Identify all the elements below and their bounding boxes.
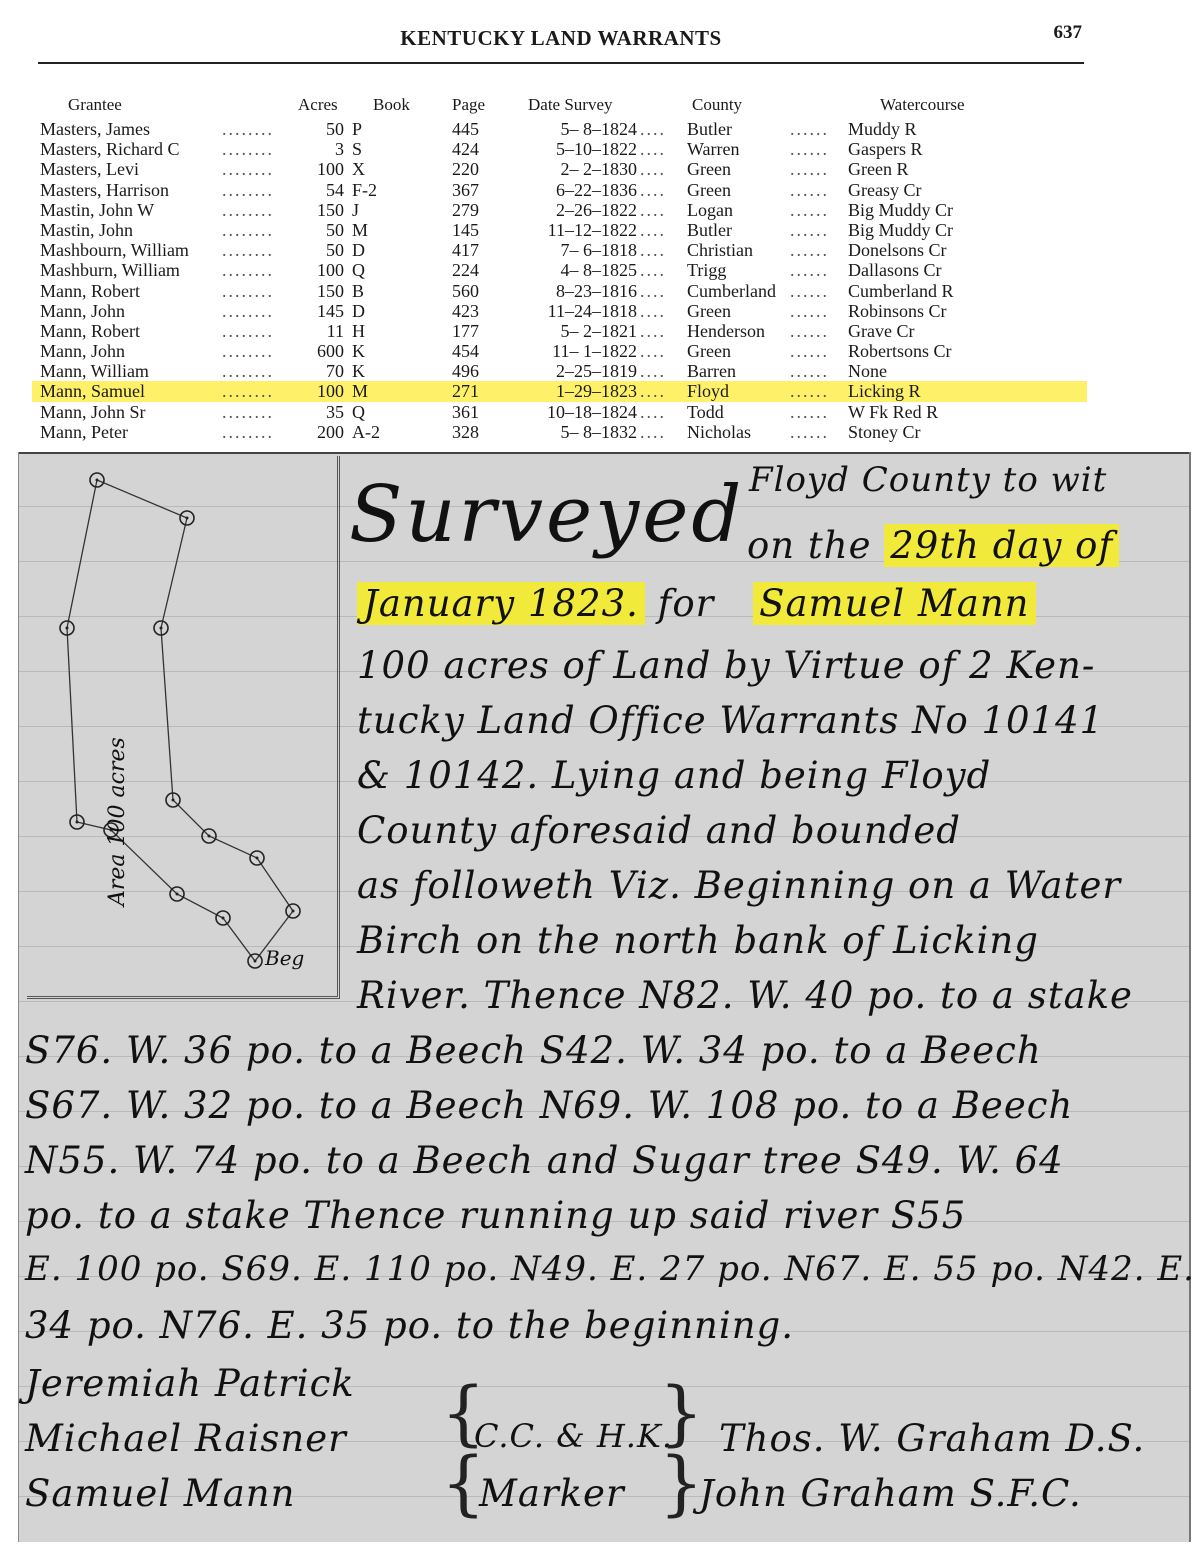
- leader-dots: ....: [640, 301, 666, 321]
- book-cell: S: [352, 139, 362, 159]
- county-cell: Green: [687, 180, 731, 200]
- leader-dots: ......: [790, 361, 829, 381]
- table-row: Mashburn, William100Q2244– 8–1825TriggDa…: [0, 260, 1200, 280]
- county-cell: Floyd: [687, 381, 729, 401]
- leader-dots: ......: [790, 260, 829, 280]
- county-surveyor-signature: John Graham S.F.C.: [699, 1472, 1082, 1515]
- book-cell: D: [352, 301, 365, 321]
- watercourse-cell: Grave Cr: [848, 321, 914, 341]
- book-cell: M: [352, 381, 368, 401]
- book-cell: H: [352, 321, 365, 341]
- date-survey-cell: 11– 1–1822: [505, 341, 637, 361]
- table-row: Mann, William70K4962–25–1819BarrenNone..…: [0, 361, 1200, 381]
- survey-text-line: N55. W. 74 po. to a Beech and Sugar tree…: [25, 1139, 1064, 1182]
- column-header-book: Book: [373, 95, 410, 115]
- date-survey-cell: 2–26–1822: [505, 200, 637, 220]
- leader-dots: ........: [222, 402, 274, 422]
- leader-dots: ........: [222, 321, 274, 341]
- leader-dots: ........: [222, 260, 274, 280]
- leader-dots: ........: [222, 240, 274, 260]
- table-row-highlighted: Mann, Samuel100M2711–29–1823FloydLicking…: [32, 381, 1087, 401]
- leader-dots: ....: [640, 220, 666, 240]
- acres-cell: 35: [280, 402, 344, 422]
- county-cell: Barren: [687, 361, 736, 381]
- leader-dots: ........: [222, 159, 274, 179]
- survey-text-line: as followeth Viz. Beginning on a Water: [357, 864, 1121, 907]
- acres-cell: 54: [280, 180, 344, 200]
- leader-dots: ........: [222, 361, 274, 381]
- survey-text-line: 34 po. N76. E. 35 po. to the beginning.: [25, 1304, 794, 1347]
- survey-text-line: S67. W. 32 po. to a Beech N69. W. 108 po…: [25, 1084, 1073, 1127]
- survey-text-line: 100 acres of Land by Virtue of 2 Ken-: [357, 644, 1095, 687]
- page-cell: 177: [452, 321, 479, 341]
- leader-dots: ....: [640, 321, 666, 341]
- grantee-cell: Mann, Samuel: [40, 381, 145, 401]
- book-cell: Q: [352, 260, 365, 280]
- page-cell: 445: [452, 119, 479, 139]
- for-text: for: [658, 582, 715, 625]
- grantee-cell: Mann, William: [40, 361, 149, 381]
- chain-carrier-name: Michael Raisner: [25, 1417, 347, 1460]
- watercourse-cell: Muddy R: [848, 119, 917, 139]
- leader-dots: ......: [790, 240, 829, 260]
- acres-cell: 200: [280, 422, 344, 442]
- book-cell: M: [352, 220, 368, 240]
- grantee-cell: Masters, Levi: [40, 159, 139, 179]
- deputy-surveyor-signature: Thos. W. Graham D.S.: [719, 1417, 1145, 1460]
- book-cell: D: [352, 240, 365, 260]
- leader-dots: ........: [222, 180, 274, 200]
- table-row: Mastin, John W150J2792–26–1822LoganBig M…: [0, 200, 1200, 220]
- leader-dots: ........: [222, 281, 274, 301]
- handwritten-survey-record: Area 100 acres Beg Surveyed Floyd County…: [18, 452, 1191, 1542]
- page-cell: 328: [452, 422, 479, 442]
- county-cell: Todd: [687, 402, 724, 422]
- marker-name: Samuel Mann: [25, 1472, 295, 1515]
- chain-carrier-name: Jeremiah Patrick: [25, 1362, 355, 1405]
- leader-dots: ....: [640, 361, 666, 381]
- acres-cell: 100: [280, 260, 344, 280]
- table-row: Masters, Richard C3S4245–10–1822WarrenGa…: [0, 139, 1200, 159]
- page-cell: 423: [452, 301, 479, 321]
- date-survey-cell: 1–29–1823: [505, 381, 637, 401]
- leader-dots: ......: [790, 301, 829, 321]
- county-line: Floyd County to wit: [749, 460, 1107, 500]
- leader-dots: ........: [222, 301, 274, 321]
- leader-dots: ........: [222, 422, 274, 442]
- leader-dots: ......: [790, 341, 829, 361]
- grantee-cell: Mashbourn, William: [40, 240, 189, 260]
- watercourse-cell: Robertsons Cr: [848, 341, 952, 361]
- acres-cell: 11: [280, 321, 344, 341]
- table-row: Mann, Robert11H1775– 2–1821HendersonGrav…: [0, 321, 1200, 341]
- leader-dots: ........: [222, 220, 274, 240]
- table-row: Mann, John Sr35Q36110–18–1824ToddW Fk Re…: [0, 402, 1200, 422]
- leader-dots: ....: [640, 200, 666, 220]
- date-survey-cell: 11–24–1818: [505, 301, 637, 321]
- date-survey-cell: 4– 8–1825: [505, 260, 637, 280]
- leader-dots: ........: [222, 119, 274, 139]
- grantee-cell: Mastin, John: [40, 220, 133, 240]
- leader-dots: ......: [790, 139, 829, 159]
- acres-cell: 50: [280, 240, 344, 260]
- leader-dots: ......: [790, 381, 829, 401]
- table-row: Mann, Robert150B5608–23–1816CumberlandCu…: [0, 281, 1200, 301]
- watercourse-cell: Dallasons Cr: [848, 260, 942, 280]
- date-survey-cell: 5–10–1822: [505, 139, 637, 159]
- column-header-county: County: [692, 95, 742, 115]
- book-cell: A-2: [352, 422, 380, 442]
- date-survey-cell: 8–23–1816: [505, 281, 637, 301]
- right-brace: }: [659, 1442, 704, 1524]
- survey-plat: Area 100 acres Beg: [27, 456, 340, 999]
- leader-dots: ......: [790, 159, 829, 179]
- page-cell: 224: [452, 260, 479, 280]
- date-survey-cell: 5– 2–1821: [505, 321, 637, 341]
- county-cell: Nicholas: [687, 422, 751, 442]
- column-header-page: Page: [452, 95, 485, 115]
- page-cell: 220: [452, 159, 479, 179]
- page-cell: 271: [452, 381, 479, 401]
- acres-cell: 600: [280, 341, 344, 361]
- watercourse-cell: Stoney Cr: [848, 422, 921, 442]
- surveyed-heading: Surveyed: [349, 470, 744, 560]
- acres-cell: 50: [280, 220, 344, 240]
- survey-text-line: River. Thence N82. W. 40 po. to a stake: [357, 974, 1133, 1017]
- leader-dots: ......: [790, 220, 829, 240]
- acres-cell: 70: [280, 361, 344, 381]
- table-row: Mashbourn, William50D4177– 6–1818Christi…: [0, 240, 1200, 260]
- leader-dots: ......: [790, 200, 829, 220]
- grantee-cell: Mann, John: [40, 301, 125, 321]
- leader-dots: ....: [640, 381, 666, 401]
- county-cell: Butler: [687, 119, 732, 139]
- page-cell: 145: [452, 220, 479, 240]
- leader-dots: ......: [790, 422, 829, 442]
- grantee-cell: Mann, Robert: [40, 321, 140, 341]
- leader-dots: ....: [640, 240, 666, 260]
- acres-cell: 50: [280, 119, 344, 139]
- book-cell: F-2: [352, 180, 377, 200]
- warrant-table: Masters, James50P4455– 8–1824ButlerMuddy…: [0, 119, 1200, 442]
- grantee-cell: Mastin, John W: [40, 200, 154, 220]
- leader-dots: ......: [790, 281, 829, 301]
- watercourse-cell: Greasy Cr: [848, 180, 921, 200]
- watercourse-cell: Big Muddy Cr: [848, 220, 953, 240]
- book-cell: J: [352, 200, 359, 220]
- leader-dots: ....: [640, 422, 666, 442]
- grantee-cell: Masters, Richard C: [40, 139, 179, 159]
- acres-cell: 100: [280, 381, 344, 401]
- book-cell: Q: [352, 402, 365, 422]
- leader-dots: ....: [640, 139, 666, 159]
- county-cell: Henderson: [687, 321, 765, 341]
- grantee-cell: Mann, John: [40, 341, 125, 361]
- book-cell: P: [352, 119, 362, 139]
- grantee-cell: Mann, Robert: [40, 281, 140, 301]
- date-survey-cell: 6–22–1836: [505, 180, 637, 200]
- table-row: Masters, James50P4455– 8–1824ButlerMuddy…: [0, 119, 1200, 139]
- leader-dots: ....: [640, 180, 666, 200]
- county-cell: Cumberland: [687, 281, 776, 301]
- page-cell: 454: [452, 341, 479, 361]
- grantee-cell: Mashburn, William: [40, 260, 180, 280]
- county-cell: Logan: [687, 200, 733, 220]
- table-row: Mann, John600K45411– 1–1822GreenRobertso…: [0, 341, 1200, 361]
- watercourse-cell: Cumberland R: [848, 281, 954, 301]
- table-row: Mann, John145D42311–24–1818GreenRobinson…: [0, 301, 1200, 321]
- leader-dots: ......: [790, 402, 829, 422]
- survey-month-year-highlight: January 1823.: [357, 582, 645, 625]
- plat-area-label: Area 100 acres: [105, 737, 130, 906]
- column-header-date-survey: Date Survey: [528, 95, 613, 115]
- grantee-cell: Mann, Peter: [40, 422, 128, 442]
- page-cell: 496: [452, 361, 479, 381]
- date-survey-cell: 2–25–1819: [505, 361, 637, 381]
- plat-beginning-label: Beg: [265, 946, 304, 970]
- leader-dots: ....: [640, 260, 666, 280]
- leader-dots: ....: [640, 119, 666, 139]
- column-header-watercourse: Watercourse: [880, 95, 965, 115]
- table-row: Masters, Harrison54F-23676–22–1836GreenG…: [0, 180, 1200, 200]
- leader-dots: ........: [222, 381, 274, 401]
- watercourse-cell: W Fk Red R: [848, 402, 938, 422]
- acres-cell: 100: [280, 159, 344, 179]
- county-cell: Butler: [687, 220, 732, 240]
- leader-dots: ......: [790, 119, 829, 139]
- watercourse-cell: Gaspers R: [848, 139, 923, 159]
- leader-dots: ....: [640, 341, 666, 361]
- county-cell: Green: [687, 159, 731, 179]
- page-cell: 279: [452, 200, 479, 220]
- acres-cell: 150: [280, 200, 344, 220]
- survey-text-line: tucky Land Office Warrants No 10141: [357, 699, 1104, 742]
- county-cell: Green: [687, 301, 731, 321]
- survey-day-highlight: 29th day of: [884, 524, 1119, 567]
- grantee-cell: Masters, James: [40, 119, 150, 139]
- survey-text-line: & 10142. Lying and being Floyd: [357, 754, 991, 797]
- leader-dots: ....: [640, 281, 666, 301]
- grantee-cell: Mann, John Sr: [40, 402, 146, 422]
- page-cell: 424: [452, 139, 479, 159]
- table-row: Masters, Levi100X2202– 2–1830GreenGreen …: [0, 159, 1200, 179]
- table-row: Mastin, John50M14511–12–1822ButlerBig Mu…: [0, 220, 1200, 240]
- grantee-name-highlight: Samuel Mann: [753, 582, 1035, 625]
- survey-text-line: po. to a stake Thence running up said ri…: [25, 1194, 966, 1237]
- leader-dots: ......: [790, 180, 829, 200]
- book-cell: K: [352, 341, 365, 361]
- table-row: Mann, Peter200A-23285– 8–1832NicholasSto…: [0, 422, 1200, 442]
- leader-dots: ........: [222, 200, 274, 220]
- survey-text-line: County aforesaid and bounded: [357, 809, 961, 852]
- chain-carriers-role: C.C. & H.K.: [474, 1417, 673, 1455]
- column-header-grantee: Grantee: [68, 95, 122, 115]
- marker-role: Marker: [479, 1472, 625, 1515]
- leader-dots: ........: [222, 341, 274, 361]
- date-survey-cell: 7– 6–1818: [505, 240, 637, 260]
- acres-cell: 3: [280, 139, 344, 159]
- on-the-text: on the: [747, 524, 871, 567]
- watercourse-cell: Donelsons Cr: [848, 240, 947, 260]
- county-cell: Trigg: [687, 260, 726, 280]
- survey-text-line: S76. W. 36 po. to a Beech S42. W. 34 po.…: [25, 1029, 1042, 1072]
- acres-cell: 145: [280, 301, 344, 321]
- date-survey-cell: 10–18–1824: [505, 402, 637, 422]
- page-cell: 361: [452, 402, 479, 422]
- survey-text-line: Birch on the north bank of Licking: [357, 919, 1039, 962]
- header-rule: [38, 62, 1084, 64]
- page-cell: 560: [452, 281, 479, 301]
- watercourse-cell: Robinsons Cr: [848, 301, 947, 321]
- county-cell: Green: [687, 341, 731, 361]
- survey-text-line: E. 100 po. S69. E. 110 po. N49. E. 27 po…: [25, 1249, 1195, 1289]
- printed-index-page: KENTUCKY LAND WARRANTS 637 Grantee Acres…: [0, 0, 1200, 452]
- book-cell: X: [352, 159, 365, 179]
- page-cell: 367: [452, 180, 479, 200]
- date-survey-cell: 5– 8–1832: [505, 422, 637, 442]
- page-header: KENTUCKY LAND WARRANTS 637: [40, 22, 1082, 62]
- watercourse-cell: Big Muddy Cr: [848, 200, 953, 220]
- leader-dots: ....: [640, 402, 666, 422]
- watercourse-cell: Green R: [848, 159, 908, 179]
- leader-dots: ........: [222, 139, 274, 159]
- watercourse-cell: None: [848, 361, 887, 381]
- leader-dots: ....: [640, 159, 666, 179]
- column-header-acres: Acres: [298, 95, 338, 115]
- plat-boundary-diagram: [27, 456, 337, 996]
- page-cell: 417: [452, 240, 479, 260]
- watercourse-cell: Licking R: [848, 381, 921, 401]
- date-survey-cell: 11–12–1822: [505, 220, 637, 240]
- book-cell: K: [352, 361, 365, 381]
- county-cell: Warren: [687, 139, 740, 159]
- grantee-cell: Masters, Harrison: [40, 180, 169, 200]
- page-number: 637: [1054, 22, 1083, 44]
- leader-dots: ......: [790, 321, 829, 341]
- book-cell: B: [352, 281, 364, 301]
- running-title: KENTUCKY LAND WARRANTS: [40, 26, 1082, 51]
- county-cell: Christian: [687, 240, 753, 260]
- date-survey-cell: 2– 2–1830: [505, 159, 637, 179]
- date-survey-cell: 5– 8–1824: [505, 119, 637, 139]
- acres-cell: 150: [280, 281, 344, 301]
